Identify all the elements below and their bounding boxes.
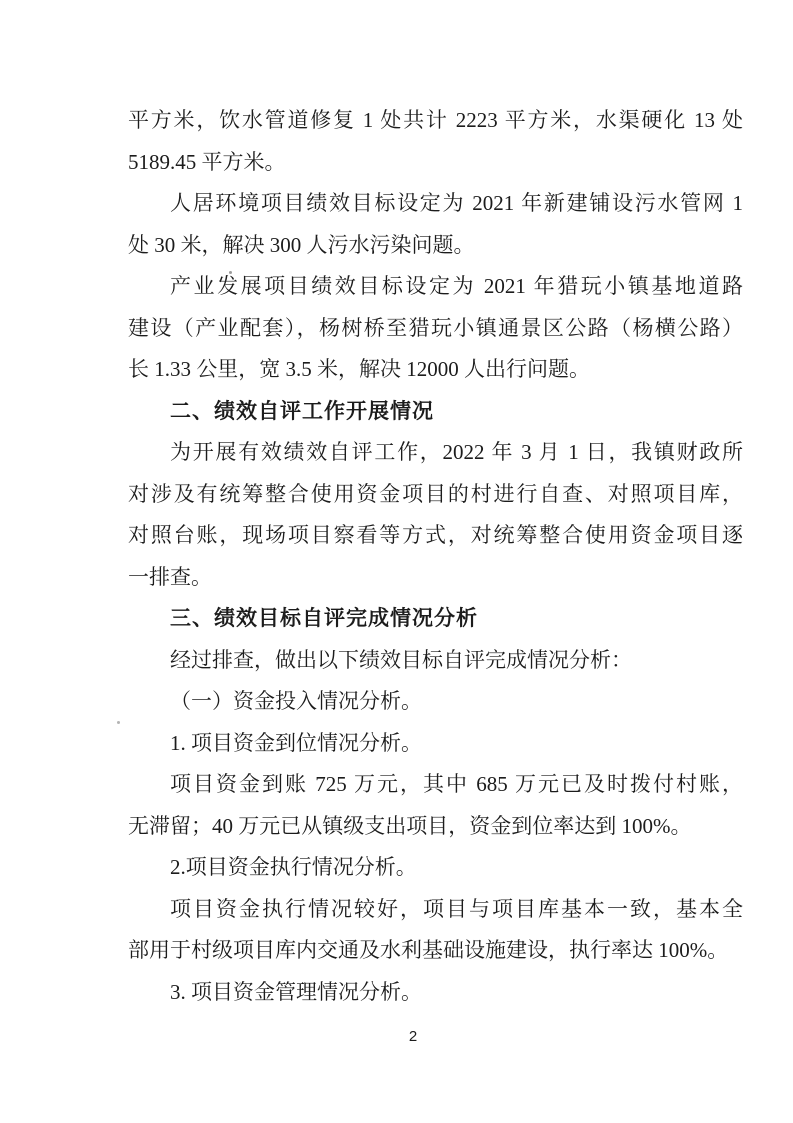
paragraph-line: 部用于村级项目库内交通及水利基础设施建设，执行率达 100%。 <box>128 930 743 972</box>
paragraph-line: 3. 项目资金管理情况分析。 <box>128 972 743 1014</box>
paragraph-line: 一排查。 <box>128 557 743 599</box>
paragraph-line: 无滞留；40 万元已从镇级支出项目，资金到位率达到 100%。 <box>128 806 743 848</box>
paragraph-line: 5189.45 平方米。 <box>128 142 743 184</box>
document-body: 平方米，饮水管道修复 1 处共计 2223 平方米，水渠硬化 13 处5189.… <box>128 100 743 1013</box>
paragraph-line: 长 1.33 公里，宽 3.5 米，解决 12000 人出行问题。 <box>128 349 743 391</box>
paragraph-line: （一）资金投入情况分析。 <box>128 681 743 723</box>
paragraph-line: 产业发展项目绩效目标设定为 2021 年猎玩小镇基地道路 <box>128 266 743 308</box>
paragraph-line: 2.项目资金执行情况分析。 <box>128 847 743 889</box>
scan-speck <box>117 721 120 724</box>
paragraph-line: 为开展有效绩效自评工作，2022 年 3 月 1 日，我镇财政所 <box>128 432 743 474</box>
paragraph-line: 1. 项目资金到位情况分析。 <box>128 723 743 765</box>
paragraph-line: 人居环境项目绩效目标设定为 2021 年新建铺设污水管网 1 <box>128 183 743 225</box>
paragraph-line: 平方米，饮水管道修复 1 处共计 2223 平方米，水渠硬化 13 处 <box>128 100 743 142</box>
paragraph-line: 建设（产业配套），杨树桥至猎玩小镇通景区公路（杨横公路） <box>128 308 743 350</box>
paragraph-line: 对涉及有统筹整合使用资金项目的村进行自查、对照项目库， <box>128 474 743 516</box>
paragraph-line: 项目资金到账 725 万元，其中 685 万元已及时拨付村账， <box>128 764 743 806</box>
scan-speck <box>229 271 232 274</box>
paragraph-line: 处 30 米，解决 300 人污水污染问题。 <box>128 225 743 267</box>
document-page: 平方米，饮水管道修复 1 处共计 2223 平方米，水渠硬化 13 处5189.… <box>0 0 793 1123</box>
paragraph-line: 对照台账，现场项目察看等方式，对统筹整合使用资金项目逐 <box>128 515 743 557</box>
section-heading: 二、绩效自评工作开展情况 <box>128 391 743 433</box>
scan-speck <box>287 691 289 693</box>
paragraph-line: 项目资金执行情况较好，项目与项目库基本一致，基本全 <box>128 889 743 931</box>
paragraph-line: 经过排查，做出以下绩效目标自评完成情况分析： <box>128 640 743 682</box>
page-number: 2 <box>128 1028 698 1045</box>
section-heading: 三、绩效目标自评完成情况分析 <box>128 598 743 640</box>
